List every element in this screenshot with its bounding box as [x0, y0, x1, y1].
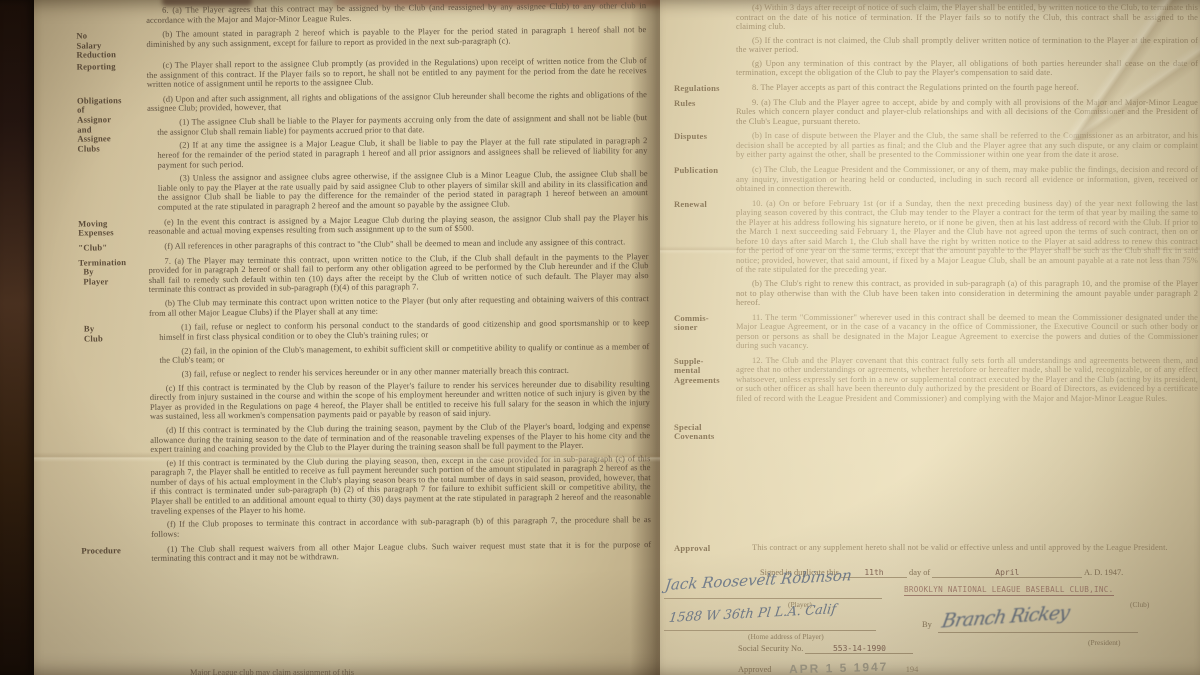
player-signature-line — [664, 598, 882, 599]
paragraph-6c: (c) The Player shall report to the assig… — [147, 56, 647, 89]
club-caption: (Club) — [1130, 600, 1149, 609]
margin-label-renewal: Renewal — [674, 199, 736, 312]
paragraph-9c: (c) The Club, the League President and t… — [736, 165, 1198, 194]
margin-label-club: "Club" — [78, 242, 148, 256]
margin-label-special-covenants: Special Covenants — [674, 422, 736, 442]
day-of-text: day of — [909, 568, 930, 577]
approval-date-stamp: APR 1 5 1947 — [789, 660, 889, 675]
margin-label-commissioner: Commis- sioner — [674, 313, 736, 355]
approval-text: This contract or any supplement hereto s… — [736, 543, 1186, 553]
clause-special-covenants: Special Covenants — [674, 422, 1200, 442]
margin-label-moving-expenses: Moving Expenses — [78, 218, 148, 242]
fold-line-right — [660, 246, 1200, 254]
president-signature: Branch Rickey — [942, 606, 1069, 628]
paragraph-10a: 10. (a) On or before February 1st (or if… — [736, 199, 1198, 275]
clause-reporting: Reporting (c) The Player shall report to… — [77, 56, 653, 94]
paragraph-6d2: (2) If at any time the assignee is a Maj… — [147, 137, 647, 170]
clause-termination-by-player: Termination By Player 7. (a) The Player … — [78, 252, 655, 323]
margin-label-blank — [76, 6, 146, 30]
margin-label-no-salary-reduction: No Salary Reduction — [76, 30, 146, 60]
ssn-label: Social Security No. — [738, 644, 803, 653]
paragraph-7b2: (2) fail, in the opinion of the Club's m… — [149, 342, 649, 366]
player-signature: Jack Roosevelt Robinson — [664, 576, 851, 595]
ssn-line: Social Security No. 553-14-1990 — [738, 644, 913, 654]
paragraph-7f: (f) If the Club proposes to terminate th… — [151, 515, 651, 539]
paragraph-12: 12. The Club and the Player covenant tha… — [736, 356, 1198, 404]
paragraph-procedure-1: (1) The Club shall request waivers from … — [151, 540, 651, 564]
paragraph-6d1: (1) The assignee Club shall be liable to… — [147, 113, 647, 137]
margin-label-reporting: Reporting — [77, 61, 147, 94]
margin-label-procedure: Procedure — [81, 544, 151, 568]
clause-commissioner: Commis- sioner 11. The term "Commissione… — [674, 313, 1200, 355]
margin-label-approval: Approval — [674, 543, 736, 554]
paragraph-6d: (d) Upon and after such assignment, all … — [147, 90, 647, 114]
approval-section: Approval This contract or any supplement… — [674, 543, 1186, 555]
contract-photograph: 6. (a) The Player agrees that this contr… — [0, 0, 1200, 675]
president-caption: (President) — [1088, 638, 1120, 647]
address-line — [664, 630, 876, 631]
fold-line-left — [34, 452, 660, 462]
margin-label-supplemental: Supple- mental Agreements — [674, 356, 736, 408]
club-name-typed: BROOKLYN NATIONAL LEAGUE BASEBALL CLUB,I… — [904, 585, 1114, 594]
paragraph-7b3: (3) fail, refuse or neglect to render hi… — [150, 365, 650, 379]
player-address-handwritten: 1588 W 36th Pl L.A. Calif — [668, 610, 835, 626]
margin-label-obligations: Obligations of Assignor and Assignee Clu… — [77, 95, 148, 217]
paragraph-6e: (e) In the event this contract is assign… — [148, 213, 648, 237]
clause-termination-by-club: By Club (1) fail, refuse or neglect to c… — [79, 318, 657, 544]
margin-label-rules: Rules — [674, 98, 736, 131]
approved-line: Approved APR 1 5 1947 194 — [738, 661, 918, 675]
clause-renewal: Renewal 10. (a) On or before February 1s… — [674, 199, 1200, 312]
paragraph-6b: (b) The amount stated in paragraph 2 her… — [146, 25, 646, 49]
contract-page-right: (4) Within 3 days after receipt of notic… — [660, 0, 1200, 675]
margin-label-publication: Publication — [674, 165, 736, 198]
paragraph-7b: (b) The Club may terminate this contract… — [149, 294, 649, 318]
margin-label-termination-by-player: Termination By Player — [78, 257, 149, 323]
approved-year-stub: 194 — [906, 665, 919, 674]
ssn-value: 553-14-1990 — [805, 644, 913, 654]
margin-label-by-club: By Club — [79, 323, 151, 544]
address-caption: (Home address of Player) — [748, 632, 824, 641]
margin-label-disputes: Disputes — [674, 131, 736, 164]
approved-label: Approved — [738, 665, 772, 674]
margin-label-regulations: Regulations — [674, 83, 736, 97]
paragraph-7c: (c) If this contract is terminated by th… — [150, 379, 650, 422]
left-page-content: 6. (a) The Player agrees that this contr… — [34, 0, 660, 569]
by-label: By — [922, 620, 932, 629]
signature-area: Signed in duplicate this 11th day of Apr… — [660, 558, 1200, 675]
paragraph-7d: (d) If this contract is terminated by th… — [150, 421, 650, 454]
clause-procedure: Procedure (1) The Club shall request wai… — [81, 540, 657, 569]
margin-label-blank-right — [674, 3, 736, 82]
clause-publication: Publication (c) The Club, the League Pre… — [674, 165, 1200, 198]
paragraph-7b1: (1) fail, refuse or neglect to conform h… — [149, 318, 649, 342]
paragraph-11: 11. The term "Commissioner" wherever use… — [736, 313, 1198, 351]
contract-page-left: 6. (a) The Player agrees that this contr… — [34, 0, 660, 675]
clause-supplemental-agreements: Supple- mental Agreements 12. The Club a… — [674, 356, 1200, 408]
paragraph-7a: 7. (a) The Player may terminate this con… — [148, 252, 648, 295]
paragraph-10b: (b) The Club's right to renew this contr… — [736, 279, 1198, 308]
year-suffix-text: A. D. 1947. — [1084, 568, 1123, 577]
paragraph-6d3: (3) Unless the assignor and assignee clu… — [148, 169, 648, 212]
paragraph-7e: (e) If this contract is terminated by th… — [150, 454, 651, 516]
book-binding-edge — [0, 0, 36, 675]
president-signature-line — [938, 632, 1138, 633]
clause-obligations: Obligations of Assignor and Assignee Clu… — [77, 90, 654, 217]
signed-month-value: April — [932, 568, 1082, 578]
paper-crease — [1030, 0, 1200, 140]
clipped-bottom-line: Major League club may claim assignment o… — [190, 668, 660, 675]
paragraph-6a: 6. (a) The Player agrees that this contr… — [146, 1, 646, 25]
clause-no-salary-reduction: No Salary Reduction (b) The amount state… — [76, 25, 652, 60]
